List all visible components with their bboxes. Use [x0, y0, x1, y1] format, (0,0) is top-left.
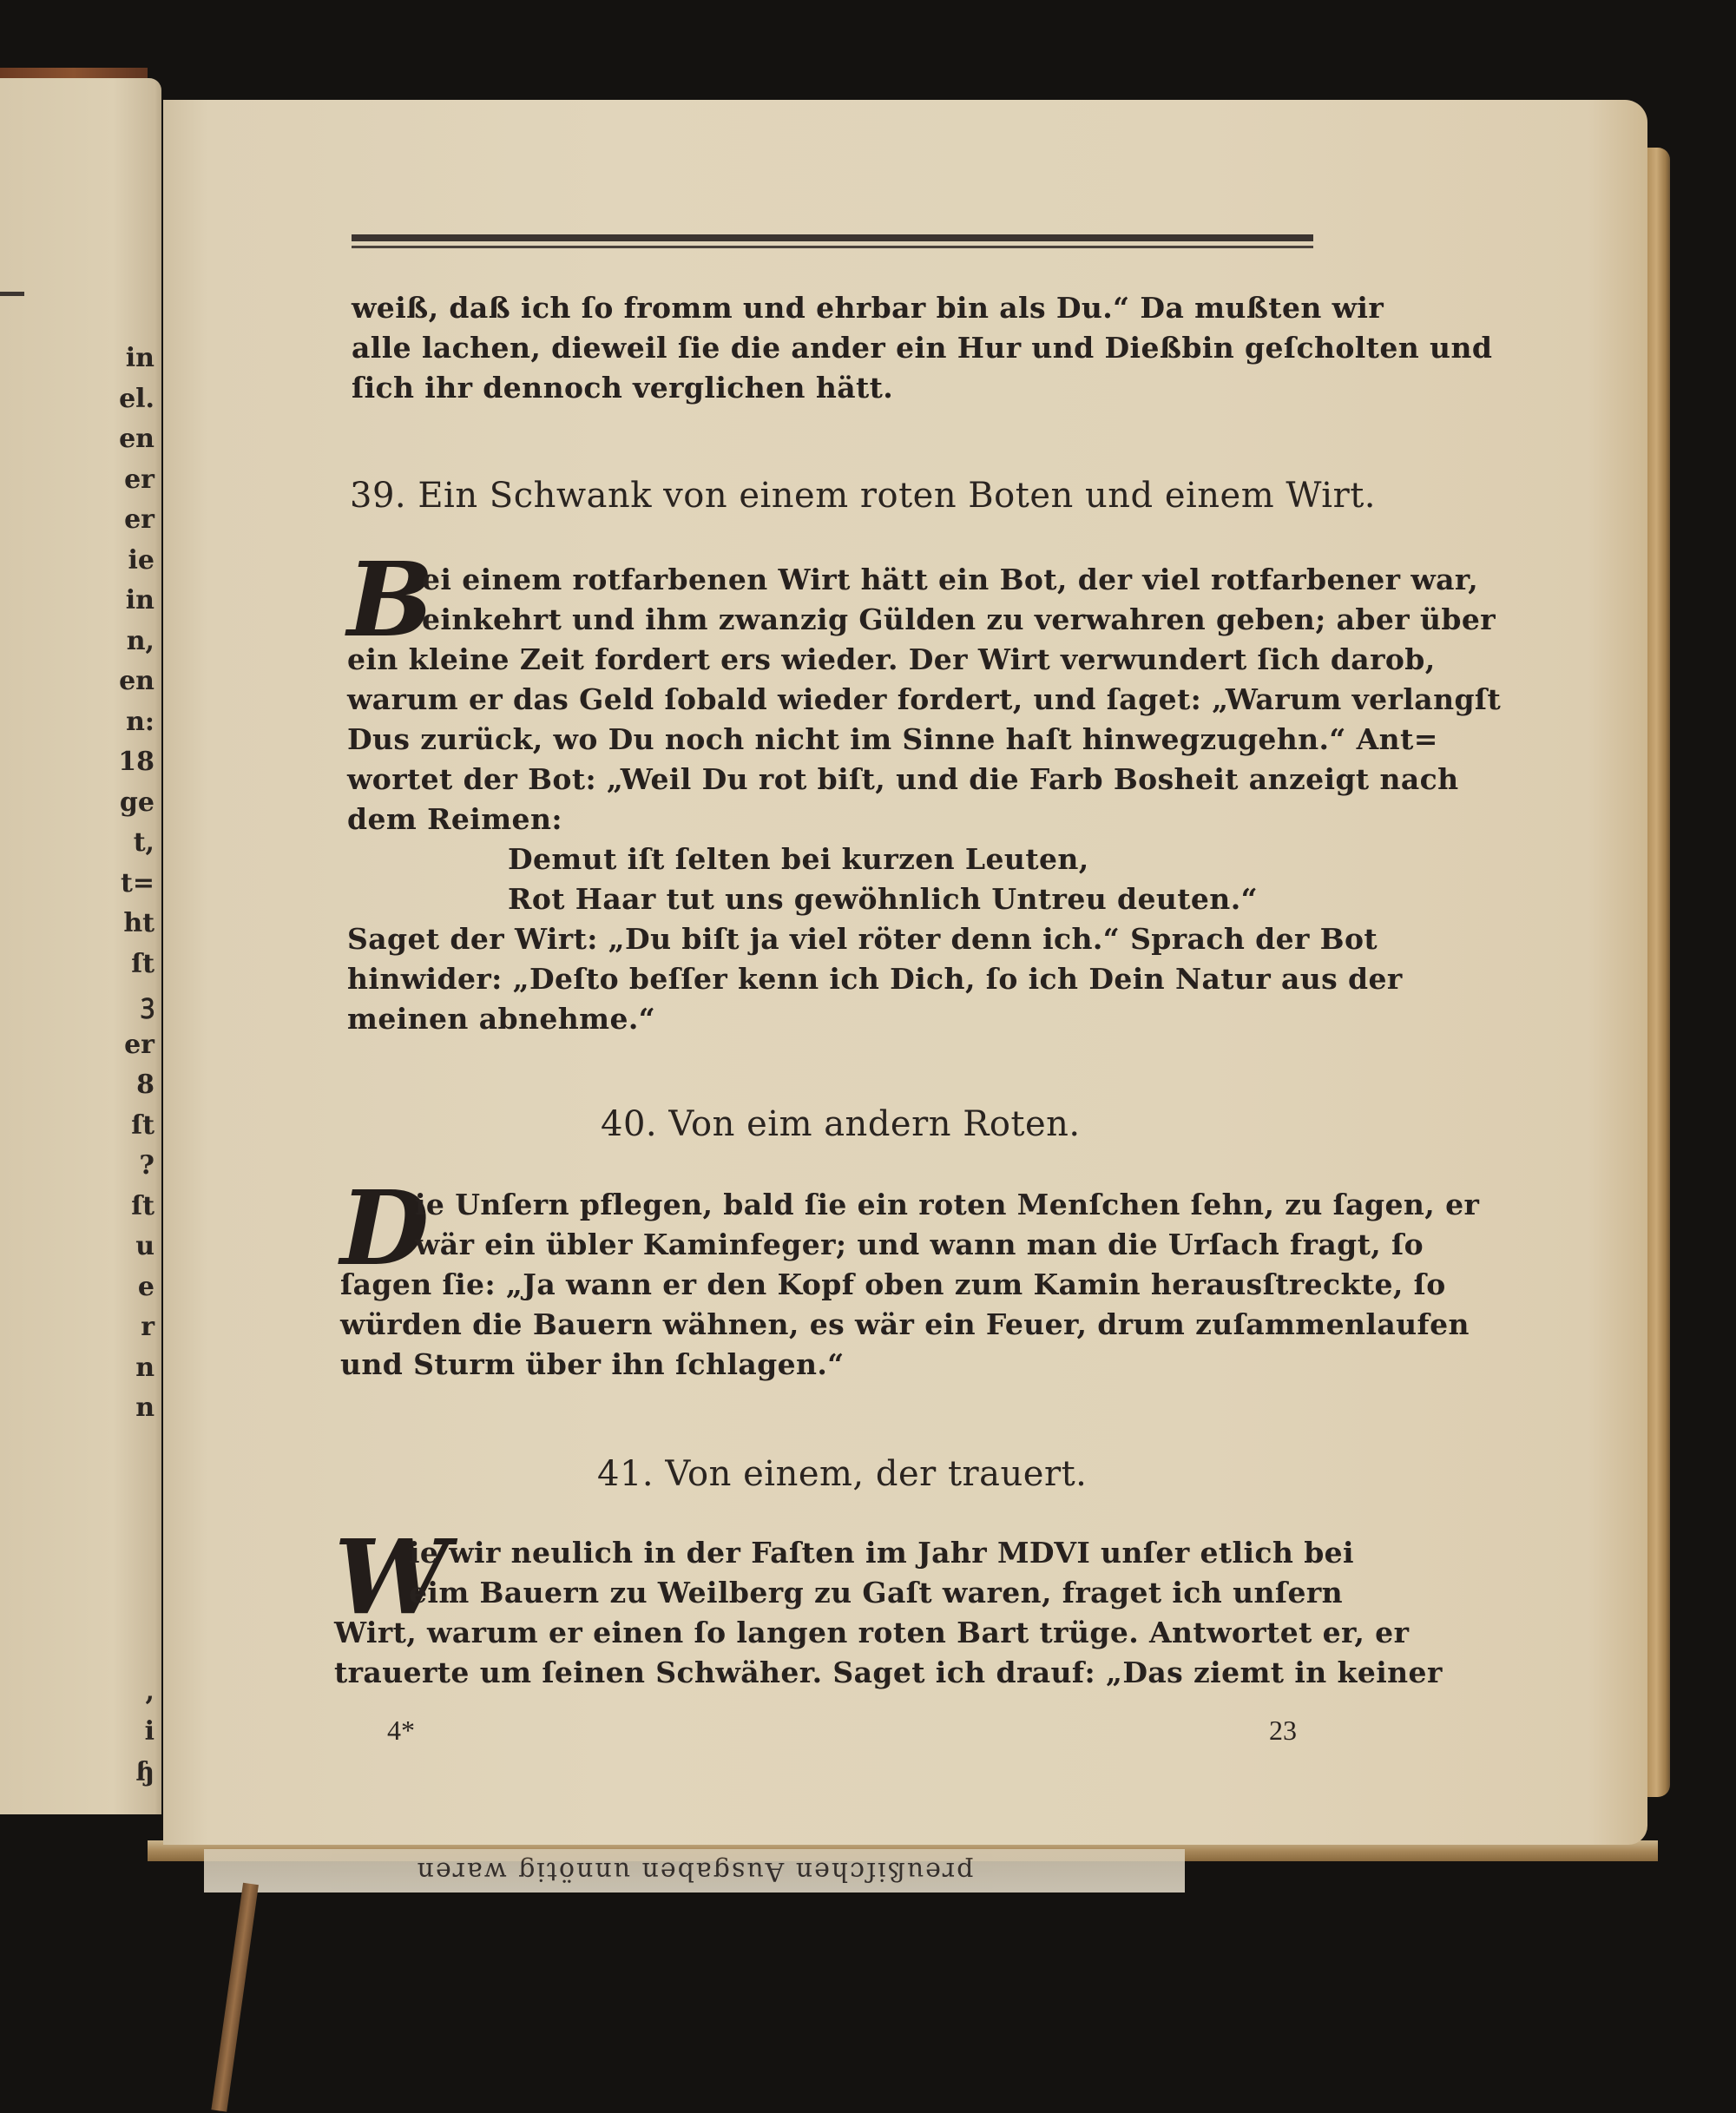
text-line: ie Unſern pflegen, bald ſie ein roten Me…	[340, 1185, 1304, 1225]
fragment: t,	[102, 823, 155, 864]
section-40-heading: 40. Von eim andern Roten.	[601, 1104, 1081, 1144]
text-line: Saget der Wirt: „Du biſt ja viel röter d…	[347, 919, 1311, 959]
text-line: und Sturm über ihn ſchlagen.“	[340, 1345, 1304, 1385]
continuation-paragraph: weiß, daß ich ſo fromm und ehrbar bin al…	[352, 288, 1313, 408]
fragment: 8	[102, 1065, 155, 1106]
fragment: ſt	[102, 1106, 155, 1147]
header-rule-thin	[352, 246, 1313, 248]
left-page-text-fragments: in el. en er er ie in n, en n: 18 ge t, …	[102, 339, 155, 1793]
header-rule-thick	[352, 234, 1313, 241]
fragment: en	[102, 419, 155, 460]
spine-label: preußiſchen Ausgaben unnötig waren	[204, 1849, 1185, 1892]
left-page: in el. en er er ie in n, en n: 18 ge t, …	[0, 78, 161, 1814]
fragment: er	[102, 460, 155, 501]
ribbon-bookmark	[211, 1883, 259, 2112]
text-line: weiß, daß ich ſo fromm und ehrbar bin al…	[352, 288, 1313, 328]
fragment: n	[102, 1388, 155, 1429]
fragment: n,	[102, 622, 155, 662]
fragment: el.	[102, 379, 155, 420]
text-line: einkehrt und ihm zwanzig Gülden zu verwa…	[347, 600, 1311, 640]
text-line: ſagen ſie: „Ja wann er den Kopf oben zum…	[340, 1265, 1304, 1305]
text-line: ein kleine Zeit fordert ers wieder. Der …	[347, 640, 1311, 680]
page-number: 23	[1269, 1715, 1297, 1747]
section-39-body: ei einem rotfarbenen Wirt hätt ein Bot, …	[347, 560, 1311, 1039]
fragment: er	[102, 1025, 155, 1066]
fragment: n:	[102, 702, 155, 743]
text-line: meinen abnehme.“	[347, 999, 1311, 1039]
fragment: r	[102, 1307, 155, 1348]
text-line: ei einem rotfarbenen Wirt hätt ein Bot, …	[347, 560, 1311, 600]
blank-space	[102, 1429, 155, 1672]
text-line: alle lachen, dieweil ſie die ander ein H…	[352, 328, 1313, 368]
text-line: wär ein übler Kaminfeger; und wann man d…	[340, 1225, 1304, 1265]
section-41-heading: 41. Von einem, der trauert.	[597, 1454, 1087, 1494]
text-line: hinwider: „Deſto beſſer kenn ich Dich, ſ…	[347, 959, 1311, 999]
text-line: dem Reimen:	[347, 800, 1311, 839]
fragment: ſt	[102, 1187, 155, 1228]
text-line: warum er das Geld ſobald wieder fordert,…	[347, 680, 1311, 720]
fragment: ɧ	[102, 1753, 155, 1794]
text-line: Wirt, warum er einen ſo langen roten Bar…	[334, 1613, 1302, 1653]
section-40-body: ie Unſern pflegen, bald ſie ein roten Me…	[340, 1185, 1304, 1385]
fragment: n	[102, 1348, 155, 1389]
text-line: trauerte um ſeinen Schwäher. Saget ich d…	[334, 1653, 1302, 1693]
text-line: ie wir neulich in der Faſten im Jahr MDV…	[334, 1533, 1302, 1573]
text-line: würden die Bauern wähnen, es wär ein Feu…	[340, 1305, 1304, 1345]
signature-mark: 4*	[387, 1715, 415, 1747]
text-line: eim Bauern zu Weilberg zu Gaſt waren, fr…	[334, 1573, 1302, 1613]
section-41-body: ie wir neulich in der Faſten im Jahr MDV…	[334, 1533, 1302, 1693]
fragment: u	[102, 1227, 155, 1267]
verse-line: Demut iſt ſelten bei kurzen Leuten,	[347, 839, 1311, 879]
fragment: er	[102, 500, 155, 541]
fragment: 18	[102, 742, 155, 783]
fragment: ,	[102, 1672, 155, 1713]
page-fore-edge	[1647, 148, 1670, 1797]
fragment: e	[102, 1267, 155, 1308]
text-line: ſich ihr dennoch verglichen hätt.	[352, 368, 1313, 408]
fragment: ht	[102, 904, 155, 945]
fragment: ie	[102, 541, 155, 582]
text-line: wortet der Bot: „Weil Du rot biſt, und d…	[347, 760, 1311, 800]
fragment: in	[102, 339, 155, 379]
fragment: i	[102, 1712, 155, 1753]
text-line: Dus zurück, wo Du noch nicht im Sinne ha…	[347, 720, 1311, 760]
fragment: en	[102, 662, 155, 702]
section-39-heading: 39. Ein Schwank von einem roten Boten un…	[350, 476, 1313, 516]
fragment: t=	[102, 864, 155, 905]
fragment: ?	[102, 1146, 155, 1187]
fragment: ſt	[102, 945, 155, 985]
verse-line: Rot Haar tut uns gewöhnlich Untreu deute…	[347, 879, 1311, 919]
fragment: ge	[102, 783, 155, 824]
fragment: ꝫ	[102, 984, 155, 1025]
fragment: in	[102, 581, 155, 622]
left-page-header-rule	[0, 292, 24, 296]
